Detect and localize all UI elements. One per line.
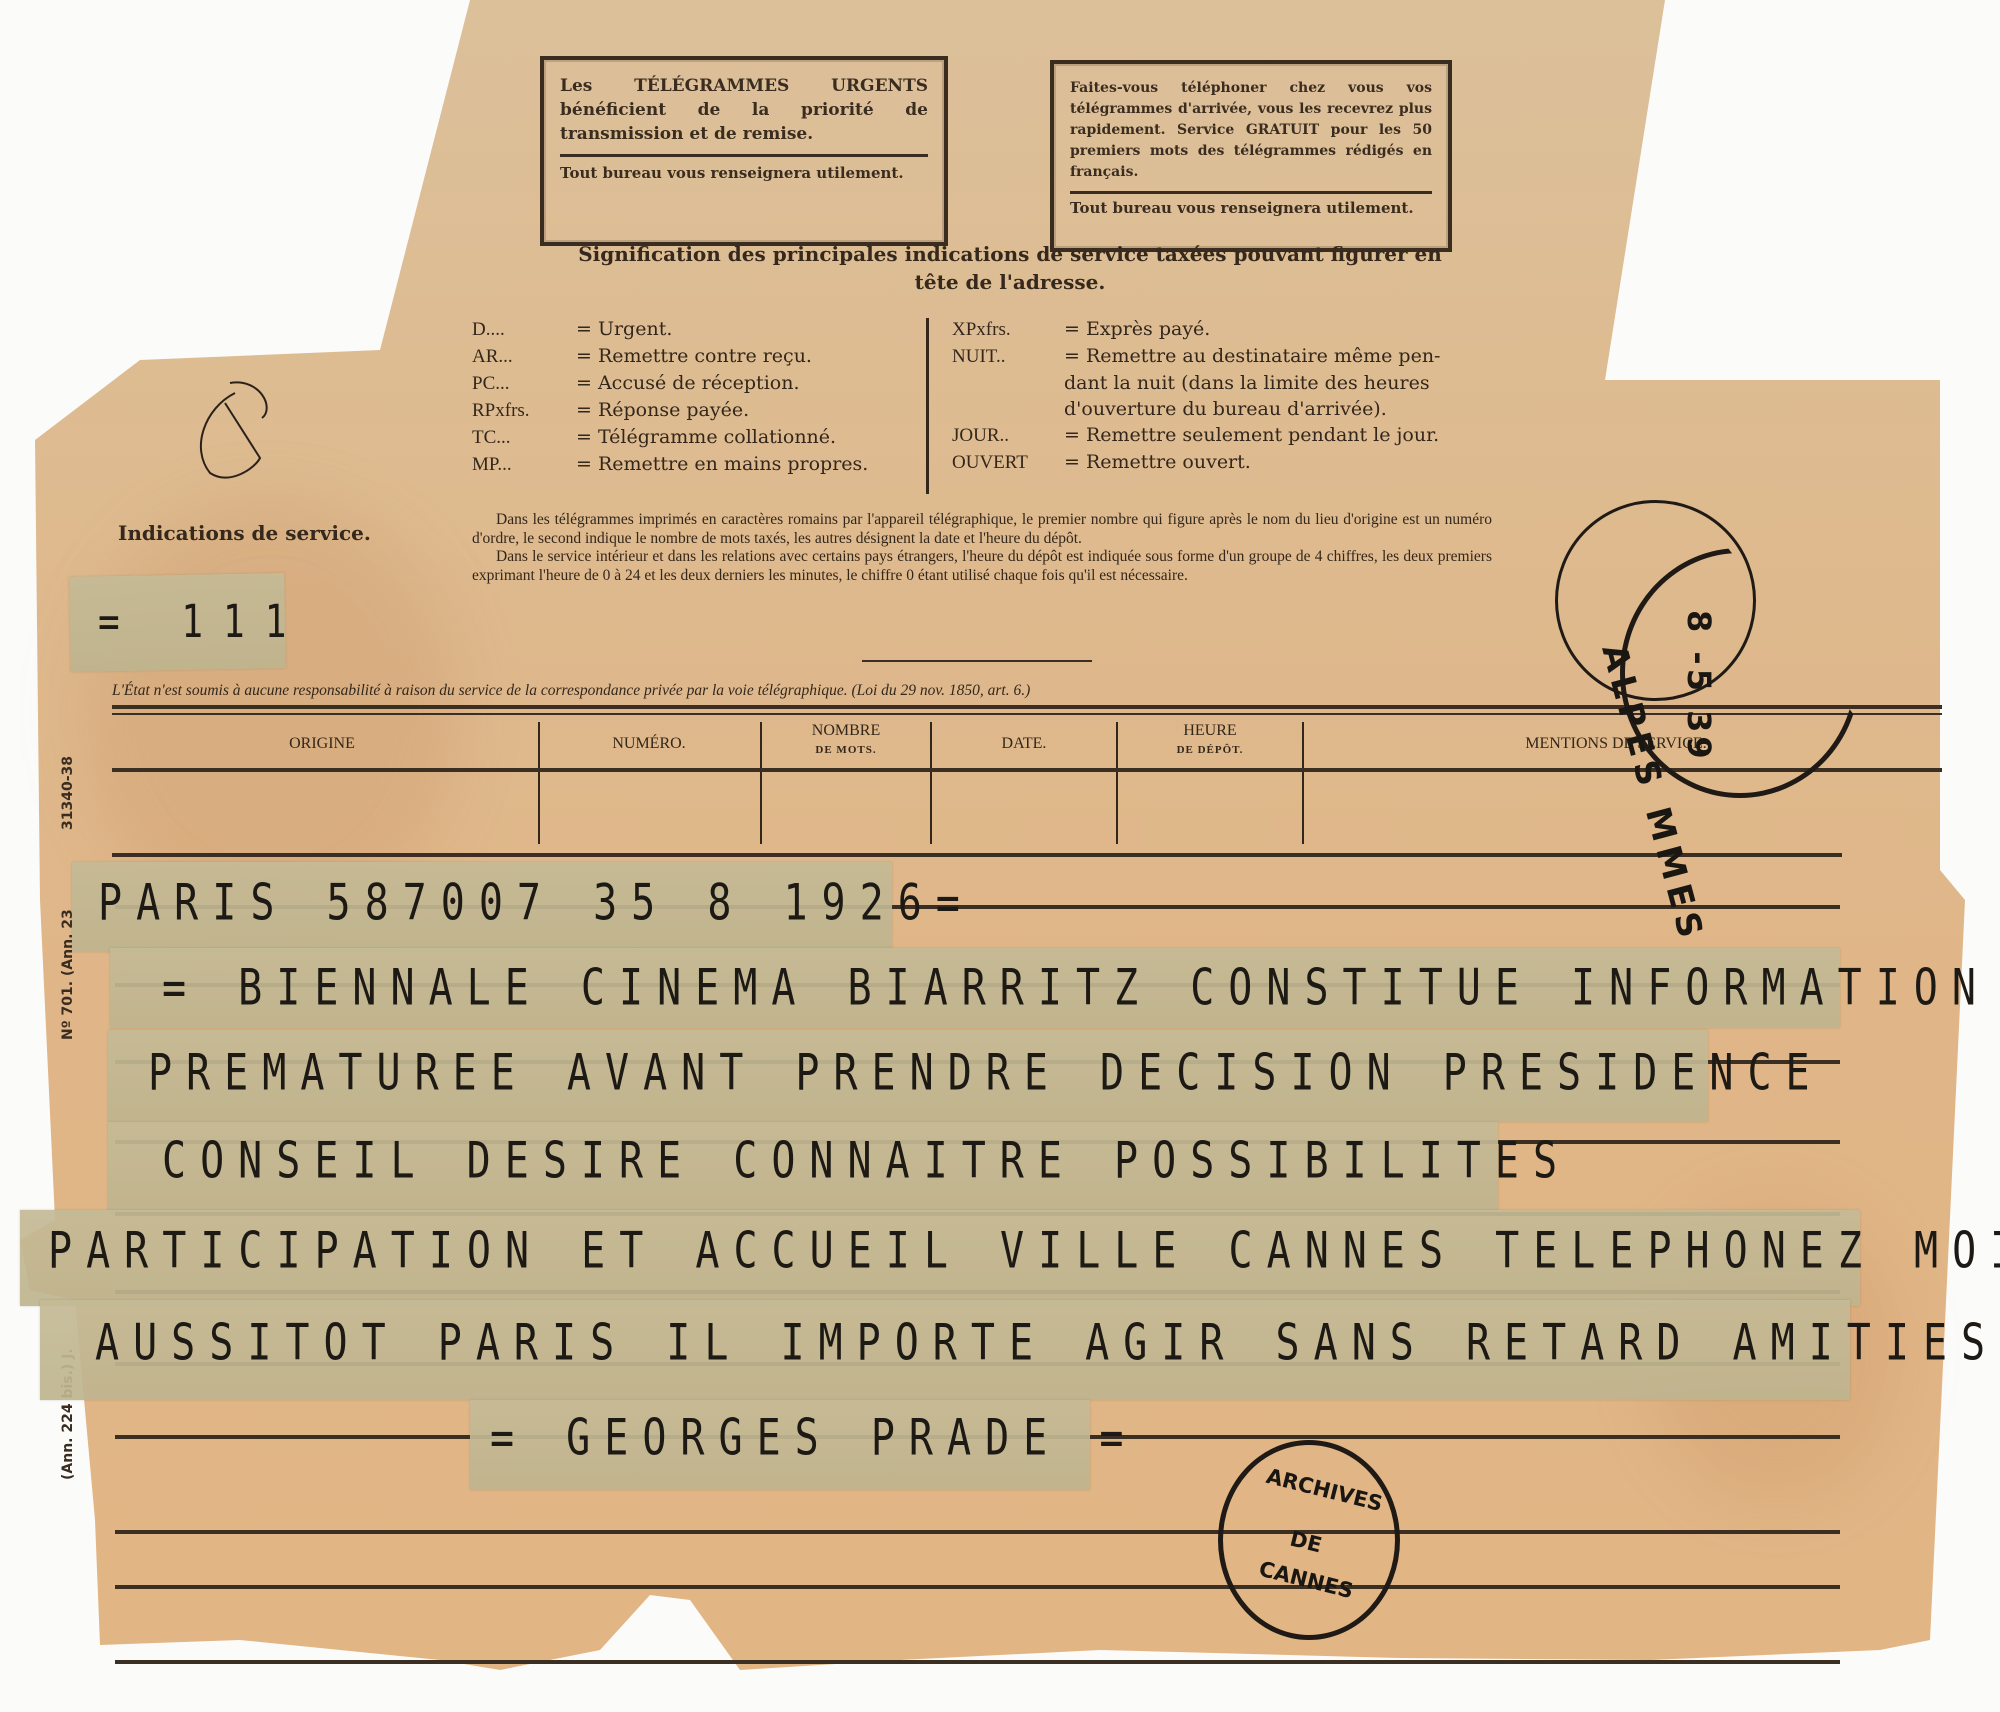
postmark-date: 8 -5 39 [1680, 610, 1718, 763]
column-header: ORIGINE [112, 735, 532, 753]
telegram-line: AUSSITOT PARIS IL IMPORTE AGIR SANS RETA… [95, 1314, 1999, 1372]
column-divider [1116, 722, 1118, 844]
telegram-line: CONSEIL DESIRE CONNAITRE POSSIBILITES [162, 1132, 1571, 1190]
column-divider [538, 722, 540, 844]
legend-item: JOUR..= Remettre seulement pendant le jo… [952, 422, 1440, 449]
legend-title: Signification des principales indication… [560, 240, 1460, 296]
legend-meaning: dant la nuit (dans la limite des heures [1064, 372, 1430, 394]
paper-stain [80, 500, 460, 920]
column-divider [760, 722, 762, 844]
column-sublabel: DE MOTS. [815, 744, 876, 756]
column-header: DATE. [934, 735, 1114, 753]
column-header: NOMBREDE MOTS. [762, 722, 930, 759]
telegram-line: PARTICIPATION ET ACCUEIL VILLE CANNES TE… [48, 1222, 2000, 1280]
explanation-paragraph-1: Dans les télégrammes imprimés en caractè… [472, 511, 1492, 548]
form-code-label: 31340-38 [60, 756, 76, 830]
telegram-line: PREMATUREE AVANT PRENDRE DECISION PRESID… [148, 1044, 1824, 1102]
legend-meaning: d'ouverture du bureau d'arrivée). [1064, 398, 1387, 420]
legend-item: D....= Urgent. [472, 316, 868, 343]
service-indicator-text: = 111 [98, 597, 306, 648]
legend-code: PC... [472, 371, 576, 397]
phone-delivery-notice: Faites-vous téléphoner chez vous vos tél… [1050, 60, 1452, 252]
column-label: DATE. [934, 735, 1114, 753]
column-label: HEURE [1118, 722, 1302, 740]
legend-code: OUVERT [952, 450, 1064, 476]
legend-code: XPxfrs. [952, 317, 1064, 343]
legend-divider [926, 318, 929, 494]
column-label: ORIGINE [112, 735, 532, 753]
legend-code: NUIT.. [952, 344, 1064, 370]
legend-code: AR... [472, 344, 576, 370]
column-header: HEUREDE DÉPÔT. [1118, 722, 1302, 759]
legend-code: D.... [472, 317, 576, 343]
explanation-text: Dans les télégrammes imprimés en caractè… [472, 511, 1492, 585]
legend-item: AR...= Remettre contre reçu. [472, 343, 868, 370]
legend-left: D....= Urgent.AR...= Remettre contre reç… [472, 316, 868, 478]
column-label: NUMÉRO. [540, 735, 758, 753]
legend-meaning: = Remettre seulement pendant le jour. [1064, 424, 1439, 446]
urgent-telegrams-notice: Les TÉLÉGRAMMES URGENTS bénéficient de l… [540, 56, 948, 246]
legend-item: MP...= Remettre en mains propres. [472, 451, 868, 478]
legend-item: TC...= Télégramme collationné. [472, 424, 868, 451]
legend-item: PC...= Accusé de réception. [472, 370, 868, 397]
phone-notice-text: Faites-vous téléphoner chez vous vos tél… [1070, 78, 1432, 183]
column-divider [1302, 722, 1304, 844]
separator-line [862, 660, 1092, 662]
legend-item: XPxfrs.= Exprès payé. [952, 316, 1440, 343]
legend-meaning: = Urgent. [576, 318, 672, 340]
legend-meaning: = Réponse payée. [576, 399, 749, 421]
indications-de-service-label: Indications de service. [118, 521, 371, 545]
ruled-line [115, 1530, 1840, 1534]
legend-meaning: = Remettre ouvert. [1064, 451, 1251, 473]
liability-disclaimer: L'État n'est soumis à aucune responsabil… [112, 682, 1030, 700]
ruled-line [115, 1585, 1840, 1589]
column-sublabel: DE DÉPÔT. [1177, 744, 1244, 756]
legend-meaning: = Remettre en mains propres. [576, 453, 868, 475]
legend-code: JOUR.. [952, 423, 1064, 449]
legend-meaning: = Télégramme collationné. [576, 426, 836, 448]
phone-notice-footer: Tout bureau vous renseignera utilement. [1070, 198, 1432, 219]
telegram-line: = BIENNALE CINEMA BIARRITZ CONSTITUE INF… [162, 959, 1990, 1017]
telegram-line: PARIS 587007 35 8 1926= [98, 874, 974, 932]
ruled-line [115, 1660, 1840, 1664]
legend-item: dant la nuit (dans la limite des heures [952, 370, 1440, 396]
legend-item: OUVERT= Remettre ouvert. [952, 449, 1440, 476]
legend-meaning: = Remettre contre reçu. [576, 345, 812, 367]
handwritten-seven-mark [190, 378, 280, 488]
legend-item: d'ouverture du bureau d'arrivée). [952, 396, 1440, 422]
legend-right: XPxfrs.= Exprès payé.NUIT..= Remettre au… [952, 316, 1440, 476]
legend-meaning: = Remettre au destinataire même pen- [1064, 345, 1440, 367]
legend-meaning: = Accusé de réception. [576, 372, 799, 394]
telegram-line: = GEORGES PRADE = [490, 1409, 1137, 1467]
legend-code: RPxfrs. [472, 398, 576, 424]
legend-item: NUIT..= Remettre au destinataire même pe… [952, 343, 1440, 370]
urgent-notice-text: Les TÉLÉGRAMMES URGENTS bénéficient de l… [560, 74, 928, 146]
explanation-paragraph-2: Dans le service intérieur et dans les re… [472, 548, 1492, 585]
legend-code: TC... [472, 425, 576, 451]
column-divider [930, 722, 932, 844]
column-label: NOMBRE [762, 722, 930, 740]
legend-code: MP... [472, 452, 576, 478]
legend-item: RPxfrs.= Réponse payée. [472, 397, 868, 424]
urgent-notice-footer: Tout bureau vous renseignera utilement. [560, 161, 928, 185]
column-header: NUMÉRO. [540, 735, 758, 753]
header-bottom-rule [112, 853, 1842, 857]
legend-meaning: = Exprès payé. [1064, 318, 1210, 340]
